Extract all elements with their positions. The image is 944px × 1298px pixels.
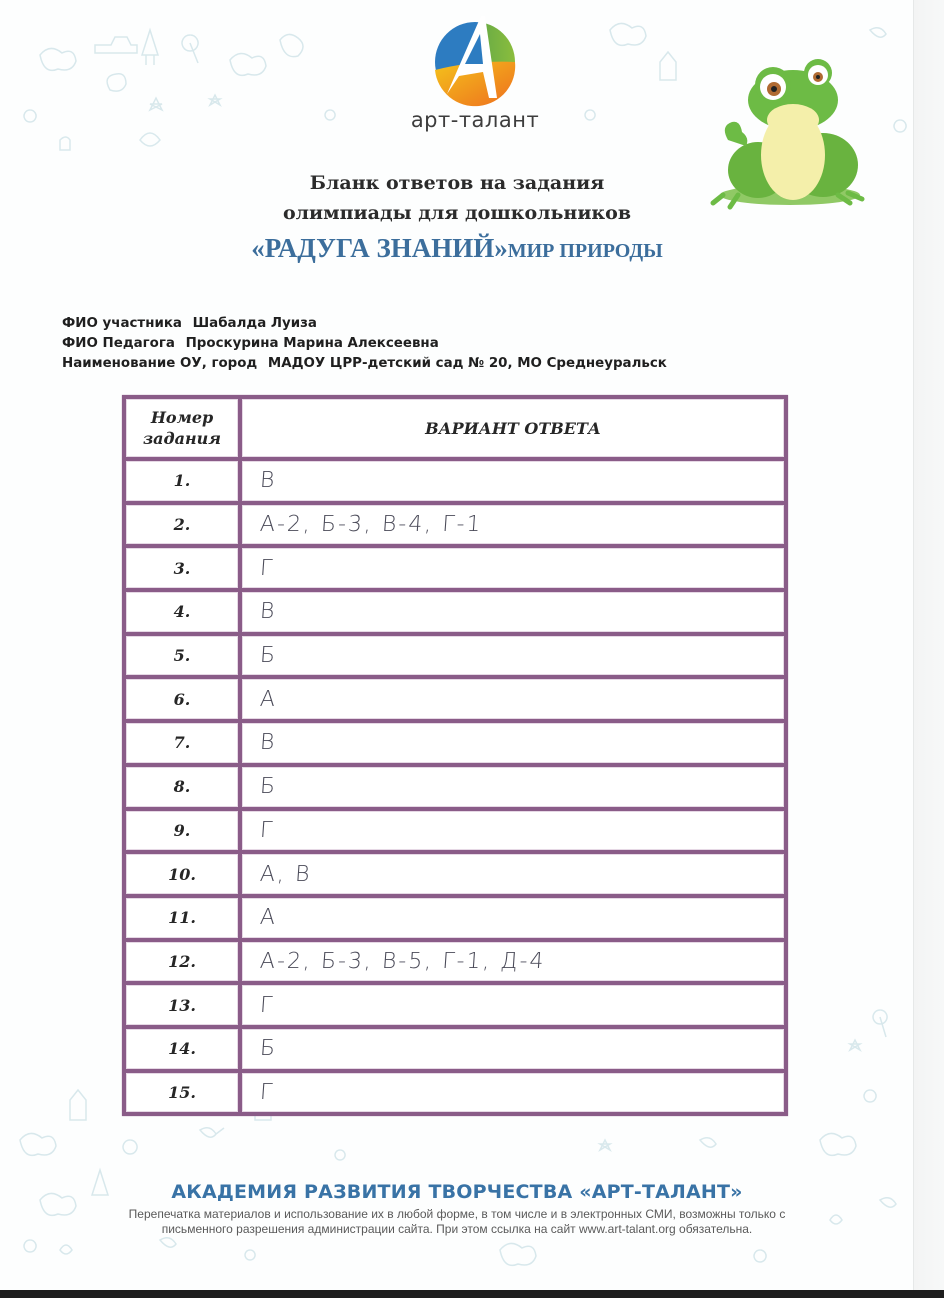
handwritten-answer: Б xyxy=(259,774,278,799)
table-row: 12.А-2, Б-3, В-5, Г-1, Д-4 xyxy=(126,938,784,982)
title-line-2: олимпиады для дошкольников xyxy=(0,198,914,228)
answer-cell: А-2, Б-3, В-5, Г-1, Д-4 xyxy=(242,942,784,982)
table-row: 2.А-2, Б-3, В-4, Г-1 xyxy=(126,501,784,545)
handwritten-answer: Г xyxy=(259,993,275,1018)
task-number: 7. xyxy=(126,723,242,763)
task-number: 10. xyxy=(126,854,242,894)
answer-cell: В xyxy=(242,592,784,632)
table-row: 11.А xyxy=(126,894,784,938)
scan-bottom-edge xyxy=(0,1290,944,1298)
handwritten-answer: Б xyxy=(259,1036,278,1061)
handwritten-answer: А xyxy=(259,905,278,930)
logo-text: арт-талант xyxy=(405,108,545,132)
answer-cell: А, В xyxy=(242,854,784,894)
handwritten-answer: А-2, Б-3, В-4, Г-1 xyxy=(259,512,483,537)
art-talant-logo-icon xyxy=(425,10,525,110)
table-row: 7.В xyxy=(126,719,784,763)
answers-table: Номер задания ВАРИАНТ ОТВЕТА 1.В2.А-2, Б… xyxy=(122,395,788,1116)
table-row: 15.Г xyxy=(126,1069,784,1113)
olympiad-brand: «РАДУГА ЗНАНИЙ» xyxy=(251,233,508,263)
answer-cell: В xyxy=(242,723,784,763)
participant-label: ФИО участника xyxy=(62,316,182,331)
answer-cell: А-2, Б-3, В-4, Г-1 xyxy=(242,505,784,545)
handwritten-answer: Г xyxy=(259,556,275,581)
task-number: 4. xyxy=(126,592,242,632)
answer-cell: Г xyxy=(242,548,784,588)
handwritten-answer: Б xyxy=(259,643,278,668)
answer-cell: Б xyxy=(242,636,784,676)
table-row: 3.Г xyxy=(126,544,784,588)
table-row: 13.Г xyxy=(126,981,784,1025)
column-header-task-number-line1: Номер xyxy=(151,407,213,428)
footer-note-line-2: письменного разрешения администрации сай… xyxy=(0,1222,914,1237)
footer-title: АКАДЕМИЯ РАЗВИТИЯ ТВОРЧЕСТВА «АРТ-ТАЛАНТ… xyxy=(0,1181,914,1203)
olympiad-name: «РАДУГА ЗНАНИЙ»МИР ПРИРОДЫ xyxy=(0,228,914,271)
column-header-answer: ВАРИАНТ ОТВЕТА xyxy=(242,399,784,457)
title-line-1: Бланк ответов на задания xyxy=(0,168,914,198)
footer: АКАДЕМИЯ РАЗВИТИЯ ТВОРЧЕСТВА «АРТ-ТАЛАНТ… xyxy=(0,1181,914,1237)
answer-cell: В xyxy=(242,461,784,501)
handwritten-answer: Г xyxy=(259,818,275,843)
task-number: 3. xyxy=(126,548,242,588)
answer-cell: А xyxy=(242,679,784,719)
handwritten-answer: В xyxy=(259,730,277,755)
table-row: 9.Г xyxy=(126,807,784,851)
table-row: 8.Б xyxy=(126,763,784,807)
task-number: 8. xyxy=(126,767,242,807)
answer-cell: Г xyxy=(242,985,784,1025)
task-number: 2. xyxy=(126,505,242,545)
table-row: 14.Б xyxy=(126,1025,784,1069)
answer-cell: А xyxy=(242,898,784,938)
footer-note-line-1: Перепечатка материалов и использование и… xyxy=(0,1207,914,1222)
handwritten-answer: Г xyxy=(259,1080,275,1105)
participant-info: ФИО участника Шабалда Луиза ФИО Педагога… xyxy=(62,314,667,374)
task-number: 12. xyxy=(126,942,242,982)
teacher-row: ФИО Педагога Проскурина Марина Алексеевн… xyxy=(62,334,667,354)
table-header-row: Номер задания ВАРИАНТ ОТВЕТА xyxy=(126,399,784,457)
task-number: 5. xyxy=(126,636,242,676)
participant-value: Шабалда Луиза xyxy=(193,316,317,331)
teacher-label: ФИО Педагога xyxy=(62,336,175,351)
school-row: Наименование ОУ, город МАДОУ ЦРР-детский… xyxy=(62,354,667,374)
answer-cell: Г xyxy=(242,811,784,851)
handwritten-answer: А, В xyxy=(259,862,312,887)
document-header: Бланк ответов на задания олимпиады для д… xyxy=(0,168,914,271)
answer-cell: Б xyxy=(242,1029,784,1069)
task-number: 1. xyxy=(126,461,242,501)
table-row: 5.Б xyxy=(126,632,784,676)
task-number: 9. xyxy=(126,811,242,851)
school-value: МАДОУ ЦРР-детский сад № 20, МО Среднеура… xyxy=(268,356,667,371)
olympiad-subject: МИР ПРИРОДЫ xyxy=(508,240,663,262)
logo: арт-талант xyxy=(405,10,545,155)
task-number: 13. xyxy=(126,985,242,1025)
table-row: 10.А, В xyxy=(126,850,784,894)
task-number: 15. xyxy=(126,1073,242,1113)
participant-row: ФИО участника Шабалда Луиза xyxy=(62,314,667,334)
teacher-value: Проскурина Марина Алексеевна xyxy=(186,336,439,351)
handwritten-answer: А xyxy=(259,687,278,712)
column-header-task-number: Номер задания xyxy=(126,399,242,457)
table-row: 6.А xyxy=(126,675,784,719)
handwritten-answer: А-2, Б-3, В-5, Г-1, Д-4 xyxy=(259,949,546,974)
column-header-task-number-line2: задания xyxy=(143,428,221,449)
table-row: 1.В xyxy=(126,457,784,501)
footer-note: Перепечатка материалов и использование и… xyxy=(0,1207,914,1237)
school-label: Наименование ОУ, город xyxy=(62,356,257,371)
handwritten-answer: В xyxy=(259,599,277,624)
handwritten-answer: В xyxy=(259,468,277,493)
answer-cell: Б xyxy=(242,767,784,807)
scan-edge xyxy=(913,0,944,1290)
task-number: 14. xyxy=(126,1029,242,1069)
task-number: 6. xyxy=(126,679,242,719)
answer-cell: Г xyxy=(242,1073,784,1113)
table-row: 4.В xyxy=(126,588,784,632)
task-number: 11. xyxy=(126,898,242,938)
